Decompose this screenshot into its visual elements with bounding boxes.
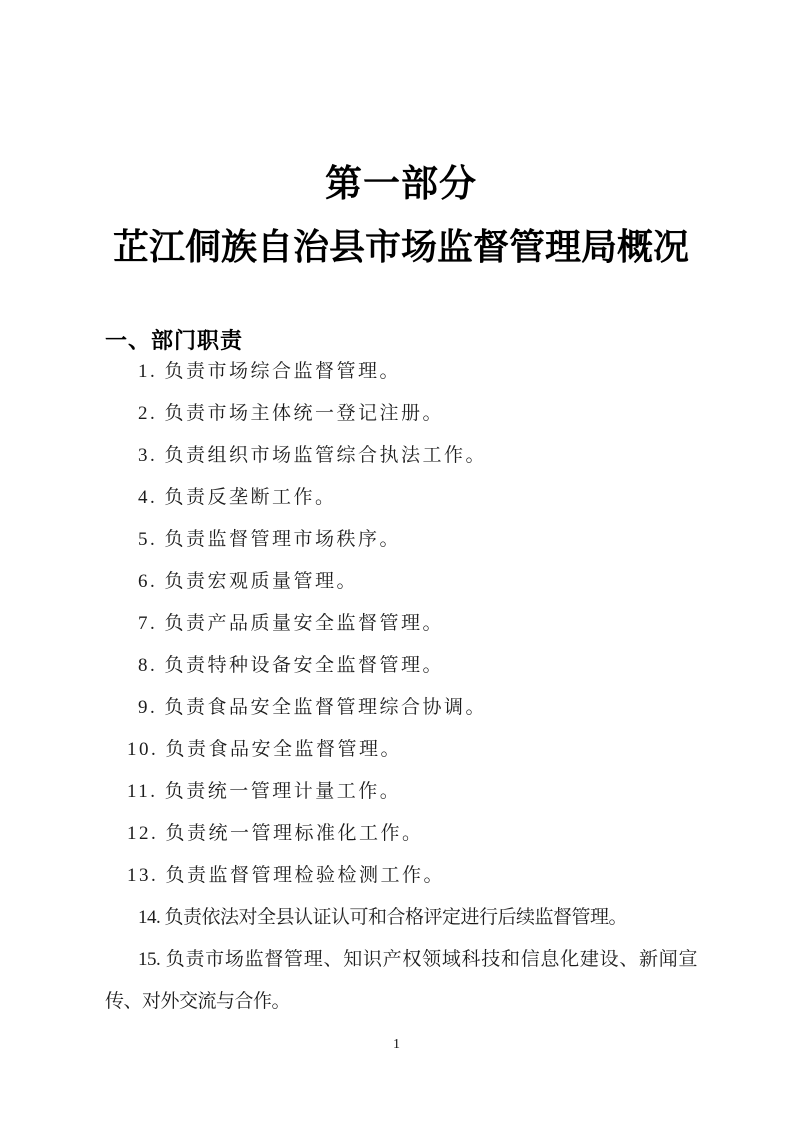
document-page: 第一部分 芷江侗族自治县市场监督管理局概况 一、部门职责 1. 负责市场综合监督… bbox=[0, 0, 793, 1122]
list-item: 8. 负责特种设备安全监督管理。 bbox=[105, 645, 697, 687]
list-item: 14. 负责依法对全县认证认可和合格评定进行后续监督管理。 bbox=[105, 897, 697, 939]
list-item: 5. 负责监督管理市场秩序。 bbox=[105, 519, 697, 561]
list-item: 1. 负责市场综合监督管理。 bbox=[105, 351, 697, 393]
list-item: 11. 负责统一管理计量工作。 bbox=[105, 771, 697, 813]
list-item: 4. 负责反垄断工作。 bbox=[105, 477, 697, 519]
document-title: 芷江侗族自治县市场监督管理局概况 bbox=[105, 225, 697, 269]
list-item: 9. 负责食品安全监督管理综合协调。 bbox=[105, 687, 697, 729]
list-item: 15. 负责市场监督管理、知识产权领域科技和信息化建设、新闻宣传、对外交流与合作… bbox=[105, 939, 697, 1023]
part-title: 第一部分 bbox=[105, 165, 697, 205]
list-item: 7. 负责产品质量安全监督管理。 bbox=[105, 603, 697, 645]
page-content: 第一部分 芷江侗族自治县市场监督管理局概况 一、部门职责 1. 负责市场综合监督… bbox=[0, 165, 793, 1023]
responsibility-list: 1. 负责市场综合监督管理。 2. 负责市场主体统一登记注册。 3. 负责组织市… bbox=[105, 351, 697, 1023]
page-number: 1 bbox=[0, 1036, 793, 1054]
list-item: 10. 负责食品安全监督管理。 bbox=[105, 729, 697, 771]
list-item: 2. 负责市场主体统一登记注册。 bbox=[105, 393, 697, 435]
list-item: 13. 负责监督管理检验检测工作。 bbox=[105, 855, 697, 897]
list-item: 12. 负责统一管理标准化工作。 bbox=[105, 813, 697, 855]
list-item: 3. 负责组织市场监管综合执法工作。 bbox=[105, 435, 697, 477]
list-item: 6. 负责宏观质量管理。 bbox=[105, 561, 697, 603]
